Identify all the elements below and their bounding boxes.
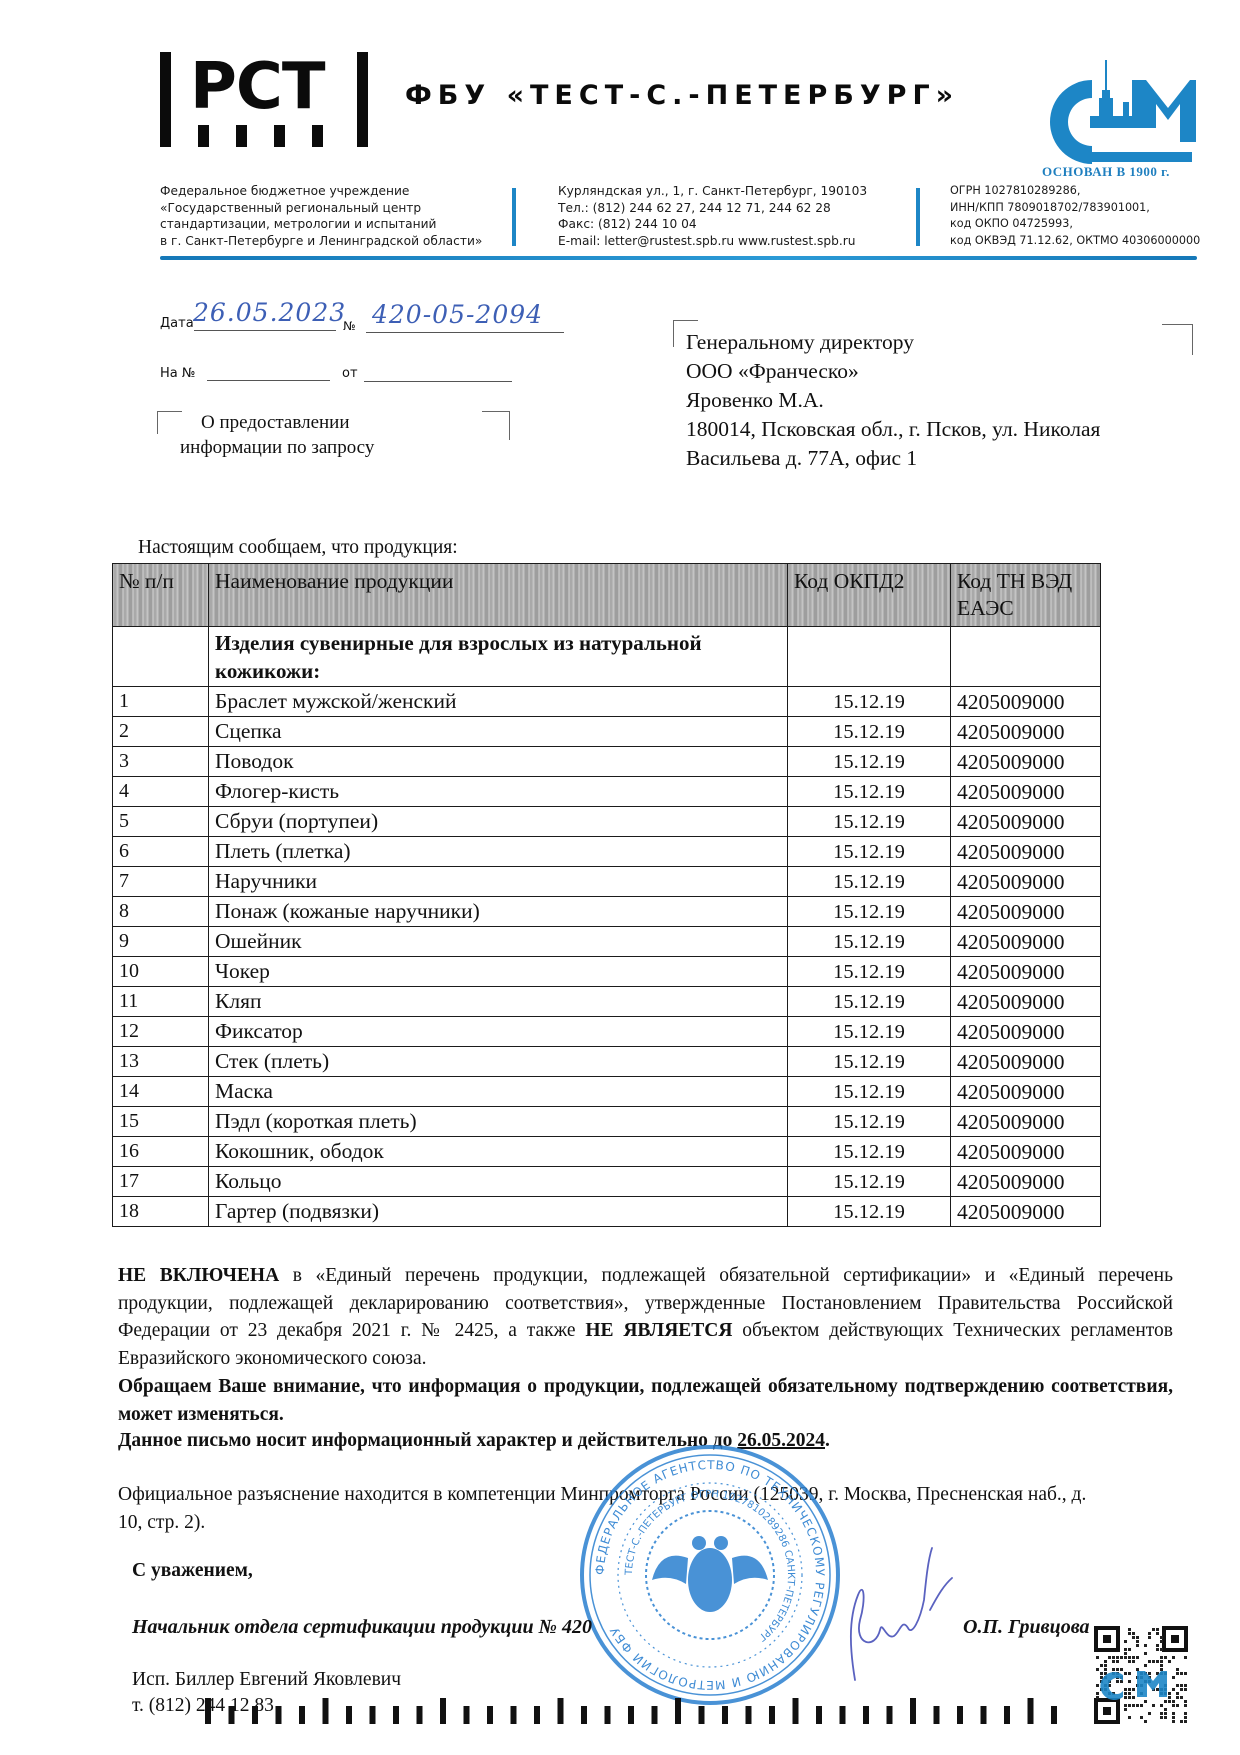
okpd2-code: 15.12.19 — [788, 777, 951, 807]
product-name: Понаж (кожаные наручники) — [209, 897, 788, 927]
signer-position: Начальник отдела сертификации продукции … — [132, 1616, 592, 1639]
header-divider — [916, 188, 920, 246]
ref-number-underline — [207, 380, 330, 381]
table-row: 7Наручники15.12.194205009000 — [113, 867, 1101, 897]
row-number: 4 — [113, 777, 209, 807]
subject-line: О предоставлении — [180, 410, 374, 435]
header-divider — [512, 188, 516, 246]
addressee-line: Васильева д. 77А, офис 1 — [686, 444, 1100, 473]
rst-logo-tick — [198, 125, 209, 147]
org-line: в г. Санкт-Петербурге и Ленинградской об… — [160, 233, 482, 250]
official-stamp-icon: ФЕДЕРАЛЬНОЕ АГЕНТСТВО ПО ТЕХНИЧЕСКОМУ РЕ… — [575, 1440, 845, 1710]
subject: О предоставлении информации по запросу — [180, 410, 374, 460]
okpd2-code: 15.12.19 — [788, 1197, 951, 1227]
ref-number-label: На № — [160, 366, 195, 381]
product-name: Наручники — [209, 867, 788, 897]
rst-logo: РСТ — [160, 52, 368, 147]
product-name: Маска — [209, 1077, 788, 1107]
org-title: ФБУ «ТЕСТ-С.-ПЕТЕРБУРГ» — [405, 80, 959, 111]
row-number: 16 — [113, 1137, 209, 1167]
product-name: Плеть (плетка) — [209, 837, 788, 867]
addressee: Генеральному директору ООО «Франческо» Я… — [686, 328, 1100, 473]
okpd2-code: 15.12.19 — [788, 897, 951, 927]
registry-line: код ОКПО 04725993, — [950, 216, 1200, 233]
okpd2-code: 15.12.19 — [788, 807, 951, 837]
not-subject-emphasis: НЕ ЯВЛЯЕТСЯ — [585, 1320, 732, 1341]
qr-code-icon — [1093, 1625, 1189, 1725]
row-number: 5 — [113, 807, 209, 837]
product-name: Флогер-кисть — [209, 777, 788, 807]
category-title: Изделия сувенирные для взрослых из натур… — [209, 627, 788, 687]
tnved-code: 4205009000 — [951, 1137, 1101, 1167]
registry-line: ИНН/КПП 7809018702/783901001, — [950, 200, 1200, 217]
subject-bracket-left — [157, 411, 182, 434]
okpd2-code: 15.12.19 — [788, 1167, 951, 1197]
tnved-code: 4205009000 — [951, 867, 1101, 897]
table-row: 2Сцепка15.12.194205009000 — [113, 717, 1101, 747]
table-row: 10Чокер15.12.194205009000 — [113, 957, 1101, 987]
paragraph-not-included: НЕ ВКЛЮЧЕНА в «Единый перечень продукции… — [118, 1262, 1173, 1372]
tnved-code: 4205009000 — [951, 957, 1101, 987]
table-row: 3Поводок15.12.194205009000 — [113, 747, 1101, 777]
okpd2-code: 15.12.19 — [788, 687, 951, 717]
tnved-code: 4205009000 — [951, 1167, 1101, 1197]
table-row: 17Кольцо15.12.194205009000 — [113, 1167, 1101, 1197]
table-row: 8Понаж (кожаные наручники)15.12.19420500… — [113, 897, 1101, 927]
tnved-code: 4205009000 — [951, 747, 1101, 777]
row-number: 13 — [113, 1047, 209, 1077]
table-row: 4Флогер-кисть15.12.194205009000 — [113, 777, 1101, 807]
contact-fax: Факс: (812) 244 10 04 — [558, 216, 867, 233]
product-name: Ошейник — [209, 927, 788, 957]
row-number: 9 — [113, 927, 209, 957]
date-underline — [194, 330, 336, 331]
tnved-code: 4205009000 — [951, 987, 1101, 1017]
okpd2-code: 15.12.19 — [788, 717, 951, 747]
tnved-code: 4205009000 — [951, 897, 1101, 927]
row-number: 3 — [113, 747, 209, 777]
closing-regards: С уважением, — [132, 1560, 253, 1582]
date-label: Дата — [160, 316, 194, 331]
row-number: 6 — [113, 837, 209, 867]
category-number-cell — [113, 627, 209, 687]
okpd2-code: 15.12.19 — [788, 1047, 951, 1077]
col-header-number: № п/п — [113, 564, 209, 627]
rst-logo-text: РСТ — [190, 52, 325, 122]
okpd2-code: 15.12.19 — [788, 927, 951, 957]
table-row: 14Маска15.12.194205009000 — [113, 1077, 1101, 1107]
product-name: Кольцо — [209, 1167, 788, 1197]
tnved-code: 4205009000 — [951, 1017, 1101, 1047]
tnved-code: 4205009000 — [951, 807, 1101, 837]
row-number: 2 — [113, 717, 209, 747]
contact-phone: Тел.: (812) 244 62 27, 244 12 71, 244 62… — [558, 200, 867, 217]
not-included-emphasis: НЕ ВКЛЮЧЕНА — [118, 1265, 279, 1286]
tnved-code: 4205009000 — [951, 1077, 1101, 1107]
executor-name: Исп. Биллер Евгений Яковлевич — [132, 1669, 401, 1691]
tnved-code: 4205009000 — [951, 837, 1101, 867]
product-name: Поводок — [209, 747, 788, 777]
product-name: Фиксатор — [209, 1017, 788, 1047]
table-row: 1Браслет мужской/женский15.12.1942050090… — [113, 687, 1101, 717]
okpd2-code: 15.12.19 — [788, 987, 951, 1017]
tnved-code: 4205009000 — [951, 1107, 1101, 1137]
registry-line: ОГРН 1027810289286, — [950, 183, 1200, 200]
col-header-okpd2: Код ОКПД2 — [788, 564, 951, 627]
table-row: 5Сбруи (портупеи)15.12.194205009000 — [113, 807, 1101, 837]
table-row: 11Кляп15.12.194205009000 — [113, 987, 1101, 1017]
okpd2-code: 15.12.19 — [788, 747, 951, 777]
date-value: 26.05.2023 — [193, 298, 346, 327]
row-number: 11 — [113, 987, 209, 1017]
col-header-name: Наименование продукции — [209, 564, 788, 627]
category-tnved-cell — [951, 627, 1101, 687]
rst-logo-bar-left — [160, 52, 171, 147]
addressee-line: ООО «Франческо» — [686, 357, 1100, 386]
row-number: 1 — [113, 687, 209, 717]
okpd2-code: 15.12.19 — [788, 957, 951, 987]
row-number: 8 — [113, 897, 209, 927]
contact-email-web: E-mail: letter@rustest.spb.ru www.rustes… — [558, 233, 867, 250]
org-full-name: Федеральное бюджетное учреждение «Госуда… — [160, 183, 482, 249]
row-number: 14 — [113, 1077, 209, 1107]
okpd2-code: 15.12.19 — [788, 1077, 951, 1107]
number-label: № — [343, 319, 355, 333]
category-row: Изделия сувенирные для взрослых из натур… — [113, 627, 1101, 687]
registry-line: код ОКВЭД 71.12.62, ОКТМО 40306000000 — [950, 233, 1200, 250]
tnved-code: 4205009000 — [951, 717, 1101, 747]
okpd2-code: 15.12.19 — [788, 1137, 951, 1167]
product-name: Сцепка — [209, 717, 788, 747]
ref-from-underline — [364, 381, 512, 382]
subject-bracket-right — [482, 411, 510, 440]
okpd2-code: 15.12.19 — [788, 837, 951, 867]
ref-from-label: от — [342, 366, 358, 381]
products-table: № п/п Наименование продукции Код ОКПД2 К… — [112, 563, 1101, 1227]
paragraph-attention: Обращаем Ваше внимание, что информация о… — [118, 1373, 1173, 1428]
subject-line: информации по запросу — [180, 435, 374, 460]
org-line: «Государственный региональный центр — [160, 200, 482, 217]
founded-caption: ОСНОВАН В 1900 г. — [1042, 164, 1170, 180]
okpd2-code: 15.12.19 — [788, 1107, 951, 1137]
tnved-code: 4205009000 — [951, 777, 1101, 807]
table-row: 18Гартер (подвязки)15.12.194205009000 — [113, 1197, 1101, 1227]
addressee-line: Генеральному директору — [686, 328, 1100, 357]
row-number: 17 — [113, 1167, 209, 1197]
okpd2-code: 15.12.19 — [788, 867, 951, 897]
row-number: 10 — [113, 957, 209, 987]
number-value: 420-05-2094 — [372, 300, 543, 329]
table-row: 6Плеть (плетка)15.12.194205009000 — [113, 837, 1101, 867]
rst-logo-tick — [236, 125, 247, 147]
table-row: 15Пэдл (короткая плеть)15.12.19420500900… — [113, 1107, 1101, 1137]
rst-logo-tick — [274, 125, 285, 147]
table-row: 16Кокошник, ободок15.12.194205009000 — [113, 1137, 1101, 1167]
table-intro: Настоящим сообщаем, что продукция: — [138, 537, 458, 559]
addressee-line: Яровенко М.А. — [686, 386, 1100, 415]
contact-address: Курляндская ул., 1, г. Санкт-Петербург, … — [558, 183, 867, 200]
handwritten-signature-icon — [820, 1540, 960, 1690]
letterhead-rule — [160, 256, 1197, 260]
tnved-code: 4205009000 — [951, 927, 1101, 957]
table-row: 12Фиксатор15.12.194205009000 — [113, 1017, 1101, 1047]
addressee-bracket-right — [1162, 324, 1193, 355]
tnved-code: 4205009000 — [951, 687, 1101, 717]
table-row: 9Ошейник15.12.194205009000 — [113, 927, 1101, 957]
product-name: Пэдл (короткая плеть) — [209, 1107, 788, 1137]
row-number: 15 — [113, 1107, 209, 1137]
product-name: Чокер — [209, 957, 788, 987]
product-name: Кокошник, ободок — [209, 1137, 788, 1167]
number-underline — [366, 332, 564, 333]
org-registry: ОГРН 1027810289286, ИНН/КПП 7809018702/7… — [950, 183, 1200, 249]
product-name: Стек (плеть) — [209, 1047, 788, 1077]
addressee-line: 180014, Псковская обл., г. Псков, ул. Ни… — [686, 415, 1100, 444]
product-name: Кляп — [209, 987, 788, 1017]
tnved-code: 4205009000 — [951, 1197, 1101, 1227]
col-header-tnved: Код ТН ВЭД ЕАЭС — [951, 564, 1101, 627]
row-number: 12 — [113, 1017, 209, 1047]
row-number: 7 — [113, 867, 209, 897]
document-barcode-icon — [205, 1698, 1075, 1724]
signer-name: О.П. Гривцова — [963, 1616, 1090, 1639]
category-okpd-cell — [788, 627, 951, 687]
org-contacts: Курляндская ул., 1, г. Санкт-Петербург, … — [558, 183, 867, 249]
product-name: Гартер (подвязки) — [209, 1197, 788, 1227]
row-number: 18 — [113, 1197, 209, 1227]
product-name: Сбруи (портупеи) — [209, 807, 788, 837]
org-line: стандартизации, метрологии и испытаний — [160, 216, 482, 233]
rst-logo-bar-right — [357, 52, 368, 147]
table-row: 13Стек (плеть)15.12.194205009000 — [113, 1047, 1101, 1077]
org-line: Федеральное бюджетное учреждение — [160, 183, 482, 200]
product-name: Браслет мужской/женский — [209, 687, 788, 717]
rst-logo-tick — [312, 125, 323, 147]
table-header-row: № п/п Наименование продукции Код ОКПД2 К… — [113, 564, 1101, 627]
okpd2-code: 15.12.19 — [788, 1017, 951, 1047]
tnved-code: 4205009000 — [951, 1047, 1101, 1077]
